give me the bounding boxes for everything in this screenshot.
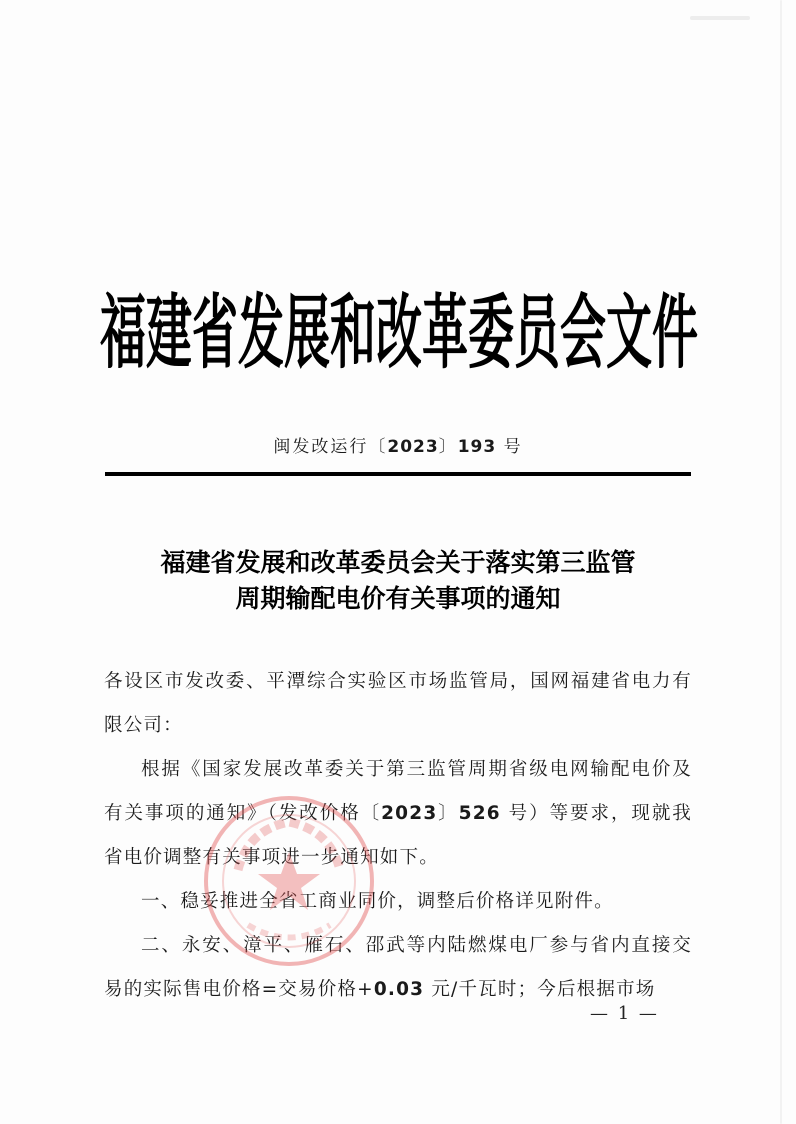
title-line-2: 周期输配电价有关事项的通知 (100, 581, 696, 617)
title-line-1: 福建省发展和改革委员会关于落实第三监管 (100, 545, 696, 581)
paragraph-item-2: 二、永安、漳平、雁石、邵武等内陆燃煤电厂参与省内直接交易的实际售电价格=交易价格… (104, 924, 692, 1012)
doc-number-year: 2023 (387, 437, 438, 457)
header-divider-rule (105, 472, 691, 476)
paragraph-basis-number: 526 (459, 803, 501, 824)
recipients-line: 各设区市发改委、平潭综合实验区市场监管局，国网福建省电力有限公司： (104, 660, 692, 748)
doc-number-suffix: 号 (496, 437, 522, 457)
doc-number-value: 193 (458, 437, 497, 457)
paragraph-basis: 根据《国家发展改革委关于第三监管周期省级电网输配电价及有关事项的通知》（发改价格… (104, 748, 692, 880)
document-page: 福建省发展和改革委员会文件 闽发改运行〔2023〕193 号 福建省发展和改革委… (0, 0, 796, 1124)
doc-number-bracket: 〕 (439, 437, 458, 457)
document-number: 闽发改运行〔2023〕193 号 (0, 432, 796, 457)
paragraph-item-2-text-2: 元/千瓦时；今后根据市场 (424, 979, 655, 1000)
paragraph-item-2-price: 0.03 (374, 979, 424, 1000)
scan-artifact (690, 16, 750, 20)
paragraph-basis-year: 2023 (381, 803, 437, 824)
paragraph-item-1: 一、稳妥推进全省工商业同价，调整后价格详见附件。 (104, 880, 692, 924)
paragraph-basis-bracket: 〕 (437, 803, 458, 824)
issuing-authority-header: 福建省发展和改革委员会文件 (104, 231, 694, 424)
page-number: — 1 — (590, 1003, 659, 1024)
document-title: 福建省发展和改革委员会关于落实第三监管 周期输配电价有关事项的通知 (100, 545, 696, 617)
scan-edge-artifact (780, 0, 782, 1124)
document-body: 各设区市发改委、平潭综合实验区市场监管局，国网福建省电力有限公司： 根据《国家发… (104, 660, 692, 1012)
doc-number-prefix: 闽发改运行〔 (273, 437, 387, 457)
